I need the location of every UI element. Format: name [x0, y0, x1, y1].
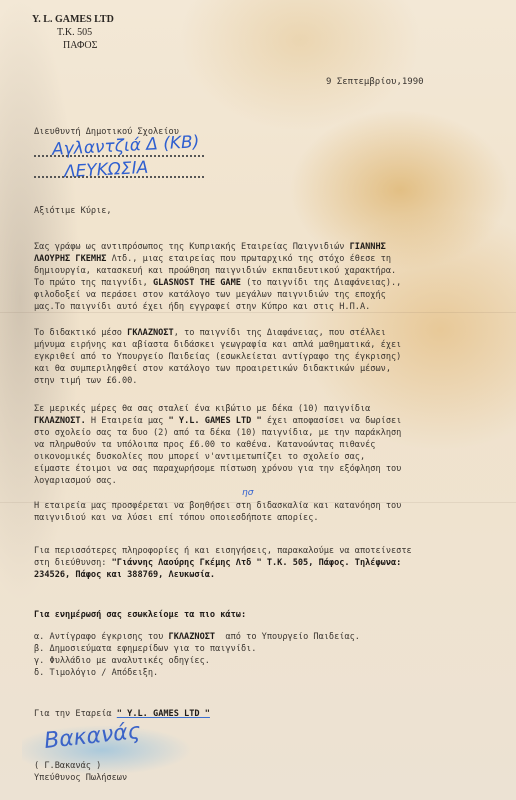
- text-line: ΛΑΟΥΡΗΣ ΓΚΕΜΗΣ Λτδ., μιας εταιρείας που …: [34, 253, 391, 265]
- text-line: μας.Το παιγνίδι αυτό έχει ήδη εγγραφεί σ…: [34, 301, 370, 313]
- text-line: στη διεύθυνση: "Γιάννης Λαούρης Γκέμης Λ…: [34, 557, 401, 569]
- text-line: Για περισσότερες πληροφορίες ή και εισηγ…: [34, 545, 412, 557]
- text-line: Το πρώτο της παιγνίδι, GLASNOST THE GAME…: [34, 277, 401, 289]
- handwritten-recipient-line2: ΛΕΥΚΩΣΙΑ: [64, 158, 149, 182]
- enclosures-heading: Για ενημέρωσή σας εσωκλείομε τα πιο κάτω…: [34, 609, 246, 621]
- text-line: Το διδακτικό μέσο ΓΚΛΑΖΝΟΣΤ, το παιγνίδι…: [34, 327, 386, 339]
- text-line: στο σχολείο σας τα δυο (2) από τα δέκα (…: [34, 427, 401, 439]
- text-line: φιλοδοξεί να περάσει στον κατάλογο των μ…: [34, 289, 386, 301]
- closing-on-behalf: Για την Εταρεία " Y.L. GAMES LTD ": [34, 708, 210, 720]
- text-line: ΓΚΛΑΖΝΟΣΤ. Η Εταιρεία μας " Y.L. GAMES L…: [34, 415, 401, 427]
- handwritten-correction: ησ: [242, 488, 253, 498]
- text-line: εγκριθεί από το Υπουργείο Παιδείας (εσωκ…: [34, 351, 401, 363]
- enclosure-item: β. Δημοσιεύματα εφημερίδων για το παιγνί…: [34, 643, 256, 655]
- letterhead-company: Y. L. GAMES LTD: [32, 14, 114, 26]
- enclosure-item: α. Αντίγραφο έγκρισης του ΓΚΛΑΖΝΟΣΤ από …: [34, 631, 360, 643]
- text-line: να πληρωθούν τα υπόλοιπα προς £6.00 το κ…: [34, 439, 375, 451]
- text-line: παιγνιδιού και να λύσει επί τόπου οποιεσ…: [34, 512, 319, 524]
- text-line: Σας γράφω ως αντιπρόσωπος της Κυπριακής …: [34, 241, 386, 253]
- dotted-line: [34, 155, 204, 157]
- letter-date: 9 Σεπτεμβρίου,1990: [326, 76, 424, 88]
- text-line: στην τιμή των £6.00.: [34, 375, 137, 387]
- text-line: οικονομικές δυσκολίες που μπορεί ν'αντιμ…: [34, 451, 365, 463]
- text-line: είμαστε έτοιμοι να σας παραχωρήσομε πίστ…: [34, 463, 401, 475]
- text-line: λογαριασμού σας.: [34, 475, 117, 487]
- signer-name: ( Γ.Βακανάς ): [34, 760, 101, 772]
- text-line: 234526, Πάφος και 388769, Λευκωσία.: [34, 569, 215, 581]
- enclosure-item: γ. Φυλλάδιο με αναλυτικές οδηγίες.: [34, 655, 210, 667]
- text-line: Σε μερικές μέρες θα σας σταλεί ένα κιβώτ…: [34, 403, 370, 415]
- signer-title: Υπεύθυνος Πωλήσεων: [34, 772, 127, 784]
- text-line: Η εταιρεία μας προσφέρεται να βοηθήσει σ…: [34, 500, 401, 512]
- text-line: και θα συμπεριληφθεί στον κατάλογο των π…: [34, 363, 391, 375]
- letterhead-po-box: T.K. 505: [57, 27, 92, 39]
- letterhead-city: ΠΑΦΟΣ: [63, 40, 97, 52]
- dotted-line: [34, 176, 204, 178]
- text-line: μήνυμα ειρήνης και αβίαστα διδάσκει γεωγ…: [34, 339, 401, 351]
- enclosure-item: δ. Τιμολόγιο / Απόδειξη.: [34, 667, 158, 679]
- salutation: Αξιότιμε Κύριε,: [34, 205, 112, 217]
- text-line: δημιουργία, κατασκευή και προώθηση παιγν…: [34, 265, 396, 277]
